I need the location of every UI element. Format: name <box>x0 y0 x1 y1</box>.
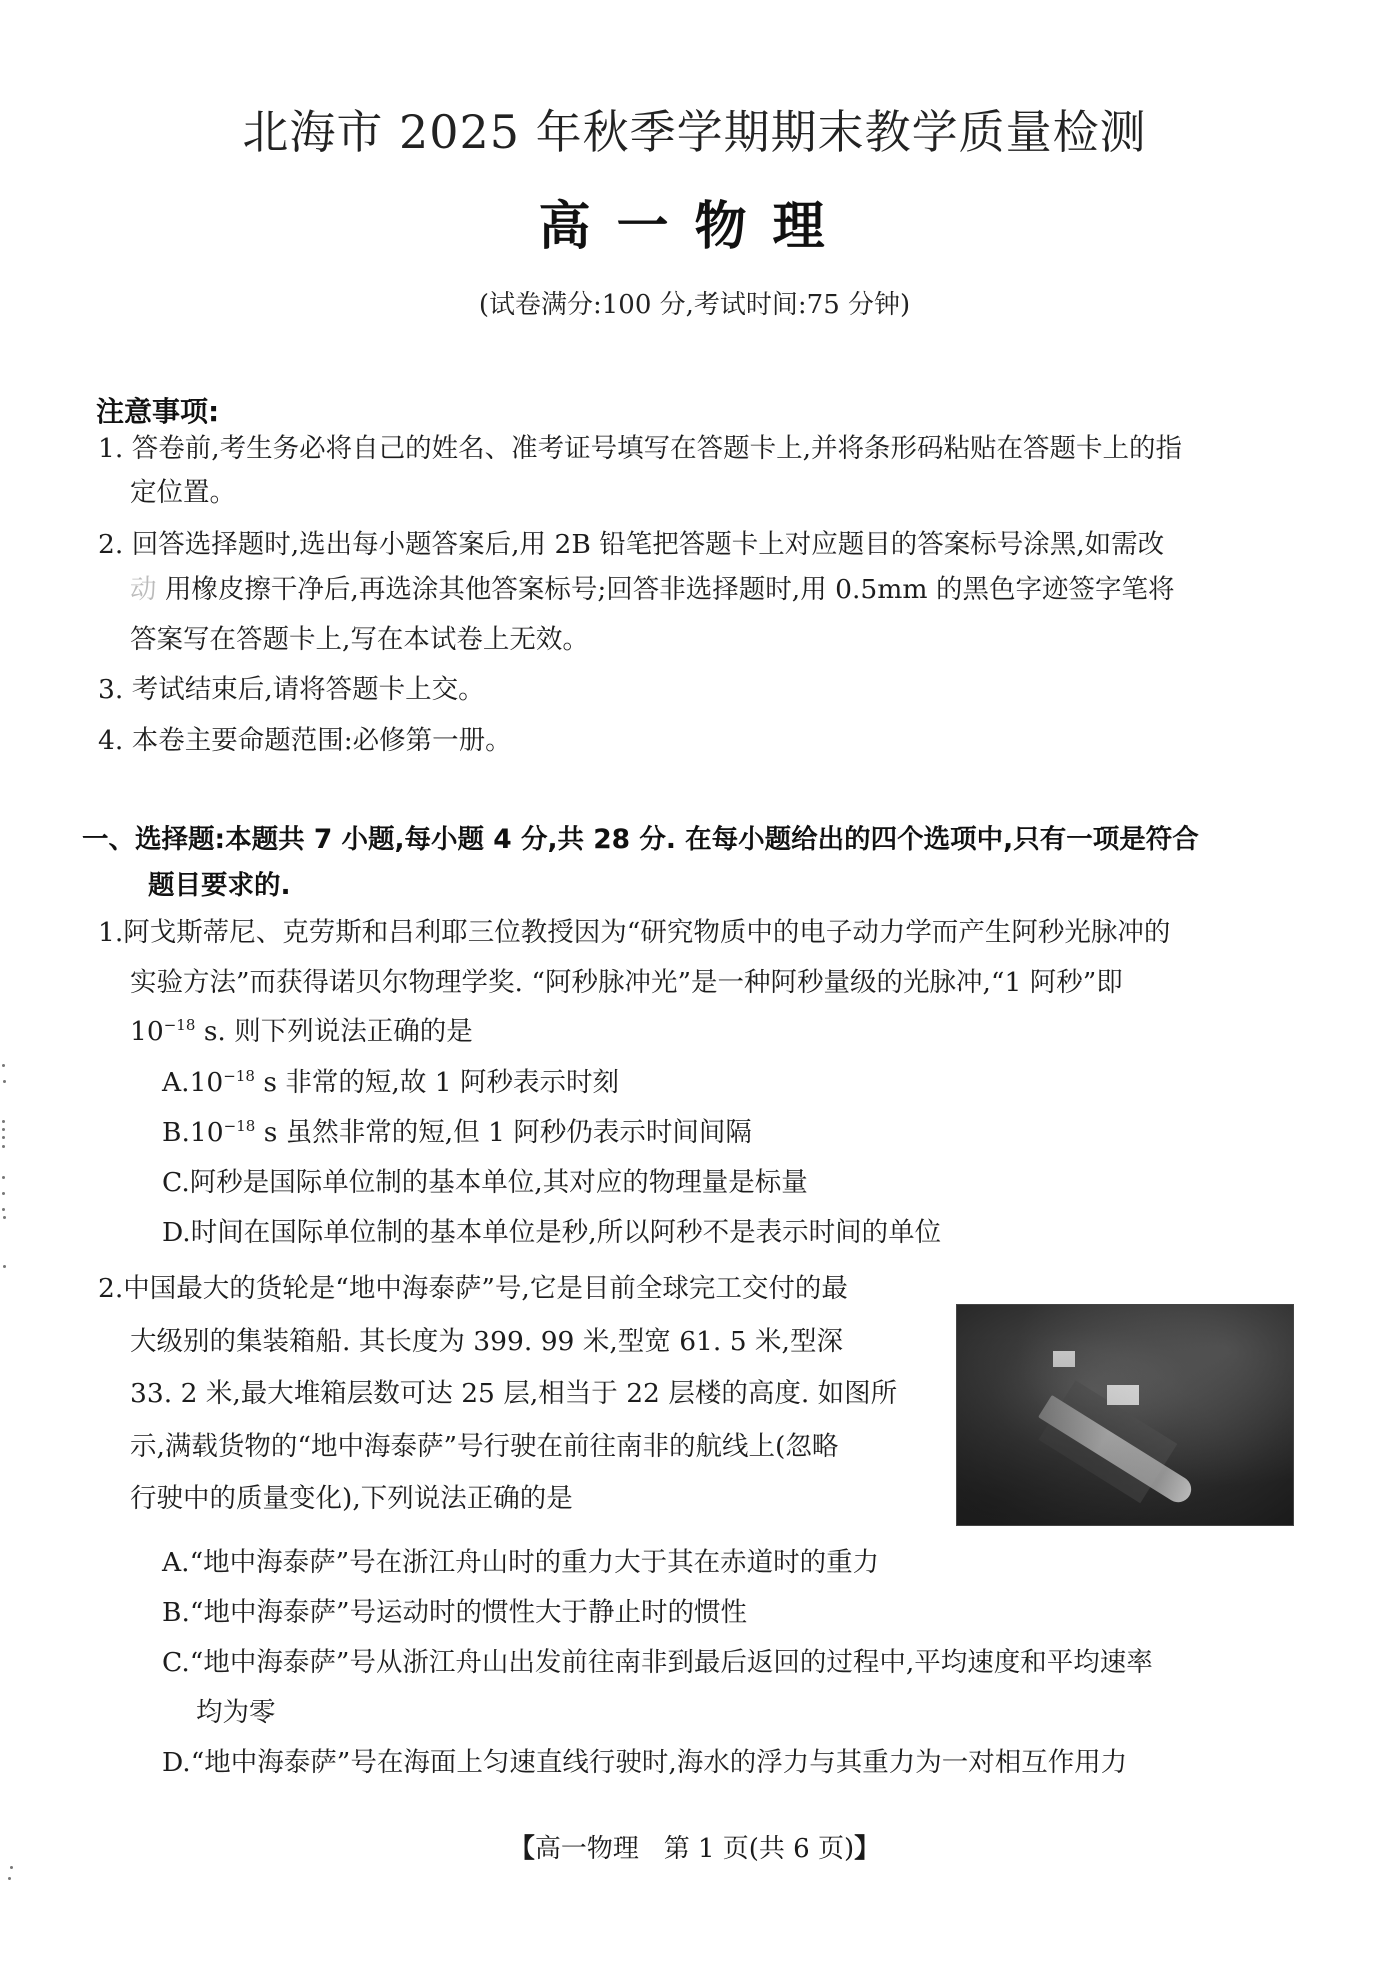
notice-line-3: 3. 考试结束后,请将答题卡上交。 <box>98 673 485 707</box>
speck <box>8 1877 11 1880</box>
question-number: 1. <box>98 917 123 948</box>
footer-bracket-close: 】 <box>854 1834 880 1864</box>
speck <box>2 1136 5 1139</box>
option-label: D. <box>162 1747 191 1778</box>
question-2-option-d[interactable]: D.“地中海泰萨”号在海面上匀速直线行驶时,海水的浮力与其重力为一对相互作用力 <box>162 1746 1127 1780</box>
question-1-option-c[interactable]: C.阿秒是国际单位制的基本单位,其对应的物理量是标量 <box>162 1166 808 1200</box>
exam-title: 北海市 2025 年秋季学期期末教学质量检测 <box>0 96 1389 162</box>
option-label: C. <box>162 1647 190 1678</box>
speck <box>2 1192 5 1195</box>
option-label: A. <box>162 1067 190 1098</box>
option-text: “地中海泰萨”号从浙江舟山出发前往南非到最后返回的过程中,平均速度和平均速率 <box>190 1647 1153 1678</box>
power-exponent: −18 <box>224 1117 256 1135</box>
power-exponent: −18 <box>164 1016 196 1034</box>
option-label: A. <box>162 1547 190 1578</box>
question-1-option-d[interactable]: D.时间在国际单位制的基本单位是秒,所以阿秒不是表示时间的单位 <box>162 1216 941 1250</box>
notice-line-2-cont-text: 用橡皮擦干净后,再选涂其他答案标号;回答非选择题时,用 0.5mm 的黑色字迹签… <box>165 574 1175 605</box>
footer-bracket-open: 【 <box>509 1834 535 1864</box>
notice-line-2-cont2: 答案写在答题卡上,写在本试卷上无效。 <box>130 623 589 657</box>
speck <box>3 1216 6 1219</box>
question-1-stem-line-3: 10−18 s. 则下列说法正确的是 <box>130 1015 473 1049</box>
question-2-stem-line-2: 大级别的集装箱船. 其长度为 399. 99 米,型宽 61. 5 米,型深 <box>130 1325 843 1359</box>
fog-overlay <box>957 1305 1293 1525</box>
stem-text: 中国最大的货轮是“地中海泰萨”号,它是目前全球完工交付的最 <box>123 1273 848 1304</box>
section-header-cont: 题目要求的. <box>148 863 291 902</box>
question-1-stem-line-2: 实验方法”而获得诺贝尔物理学奖. “阿秒脉冲光”是一种阿秒量级的光脉冲,“1 阿… <box>130 966 1123 1000</box>
notice-line-4: 4. 本卷主要命题范围:必修第一册。 <box>98 724 512 758</box>
question-2-option-c[interactable]: C.“地中海泰萨”号从浙江舟山出发前往南非到最后返回的过程中,平均速度和平均速率 <box>162 1646 1153 1680</box>
option-text: 阿秒是国际单位制的基本单位,其对应的物理量是标量 <box>190 1167 808 1198</box>
question-number: 2. <box>98 1273 123 1304</box>
question-2-option-c-cont: 均为零 <box>196 1696 276 1730</box>
notice-heading: 注意事项: <box>96 390 219 430</box>
stem-text: s. 则下列说法正确的是 <box>195 1016 472 1047</box>
question-1-stem-line-1: 1.阿戈斯蒂尼、克劳斯和吕利耶三位教授因为“研究物质中的电子动力学而产生阿秒光脉… <box>98 916 1170 950</box>
question-2-stem-line-5: 行驶中的质量变化),下列说法正确的是 <box>130 1482 573 1516</box>
speck <box>2 1208 5 1211</box>
power-base: 10 <box>190 1117 224 1148</box>
power-exponent: −18 <box>223 1067 255 1085</box>
question-2-stem-line-4: 示,满载货物的“地中海泰萨”号行驶在前往南非的航线上(忽略 <box>130 1430 838 1464</box>
question-2-option-a[interactable]: A.“地中海泰萨”号在浙江舟山时的重力大于其在赤道时的重力 <box>162 1546 879 1580</box>
question-2-stem-line-3: 33. 2 米,最大堆箱层数可达 25 层,相当于 22 层楼的高度. 如图所 <box>130 1377 897 1411</box>
speck <box>2 1064 5 1067</box>
option-label: B. <box>162 1117 190 1148</box>
question-2-option-b[interactable]: B.“地中海泰萨”号运动时的惯性大于静止时的惯性 <box>162 1596 747 1630</box>
question-1-option-b[interactable]: B.10−18 s 虽然非常的短,但 1 阿秒仍表示时间间隔 <box>162 1116 752 1150</box>
faded-character: 动 <box>130 574 157 605</box>
speck <box>3 1080 6 1083</box>
option-text: “地中海泰萨”号运动时的惯性大于静止时的惯性 <box>190 1597 747 1628</box>
power-base: 10 <box>130 1016 164 1047</box>
question-1-option-a[interactable]: A.10−18 s 非常的短,故 1 阿秒表示时刻 <box>162 1066 619 1100</box>
footer-page-number: 第 1 页(共 6 页) <box>664 1834 854 1864</box>
speck <box>10 1866 13 1869</box>
ship-photo <box>956 1304 1294 1526</box>
stem-text: 阿戈斯蒂尼、克劳斯和吕利耶三位教授因为“研究物质中的电子动力学而产生阿秒光脉冲的 <box>123 917 1170 948</box>
speck <box>2 1176 5 1179</box>
option-text: s 非常的短,故 1 阿秒表示时刻 <box>255 1067 619 1098</box>
option-text: 时间在国际单位制的基本单位是秒,所以阿秒不是表示时间的单位 <box>191 1217 941 1248</box>
speck <box>2 1120 5 1123</box>
option-label: B. <box>162 1597 190 1628</box>
speck <box>3 1265 6 1268</box>
power-base: 10 <box>190 1067 224 1098</box>
speck <box>2 1128 5 1131</box>
footer-subject: 高一物理 <box>535 1834 639 1864</box>
notice-line-1: 1. 答卷前,考生务必将自己的姓名、准考证号填写在答题卡上,并将条形码粘贴在答题… <box>98 432 1182 466</box>
option-label: D. <box>162 1217 191 1248</box>
notice-line-2-cont: 动 用橡皮擦干净后,再选涂其他答案标号;回答非选择题时,用 0.5mm 的黑色字… <box>130 573 1174 607</box>
question-2-stem-line-1: 2.中国最大的货轮是“地中海泰萨”号,它是目前全球完工交付的最 <box>98 1272 848 1306</box>
option-label: C. <box>162 1167 190 1198</box>
speck <box>2 1145 5 1148</box>
section-header: 一、选择题:本题共 7 小题,每小题 4 分,共 28 分. 在每小题给出的四个… <box>82 817 1199 856</box>
exam-subject: 高一物理 <box>0 184 1389 259</box>
page-footer: 【高一物理 第 1 页(共 6 页)】 <box>0 1828 1389 1865</box>
notice-line-2: 2. 回答选择题时,选出每小题答案后,用 2B 铅笔把答题卡上对应题目的答案标号… <box>98 528 1164 562</box>
option-text: s 虽然非常的短,但 1 阿秒仍表示时间间隔 <box>255 1117 752 1148</box>
notice-line-1-cont: 定位置。 <box>130 476 236 510</box>
option-text: “地中海泰萨”号在海面上匀速直线行驶时,海水的浮力与其重力为一对相互作用力 <box>191 1747 1128 1778</box>
exam-info: (试卷满分:100 分,考试时间:75 分钟) <box>0 284 1389 321</box>
exam-page: 北海市 2025 年秋季学期期末教学质量检测 高一物理 (试卷满分:100 分,… <box>0 0 1389 1963</box>
option-text: “地中海泰萨”号在浙江舟山时的重力大于其在赤道时的重力 <box>190 1547 880 1578</box>
